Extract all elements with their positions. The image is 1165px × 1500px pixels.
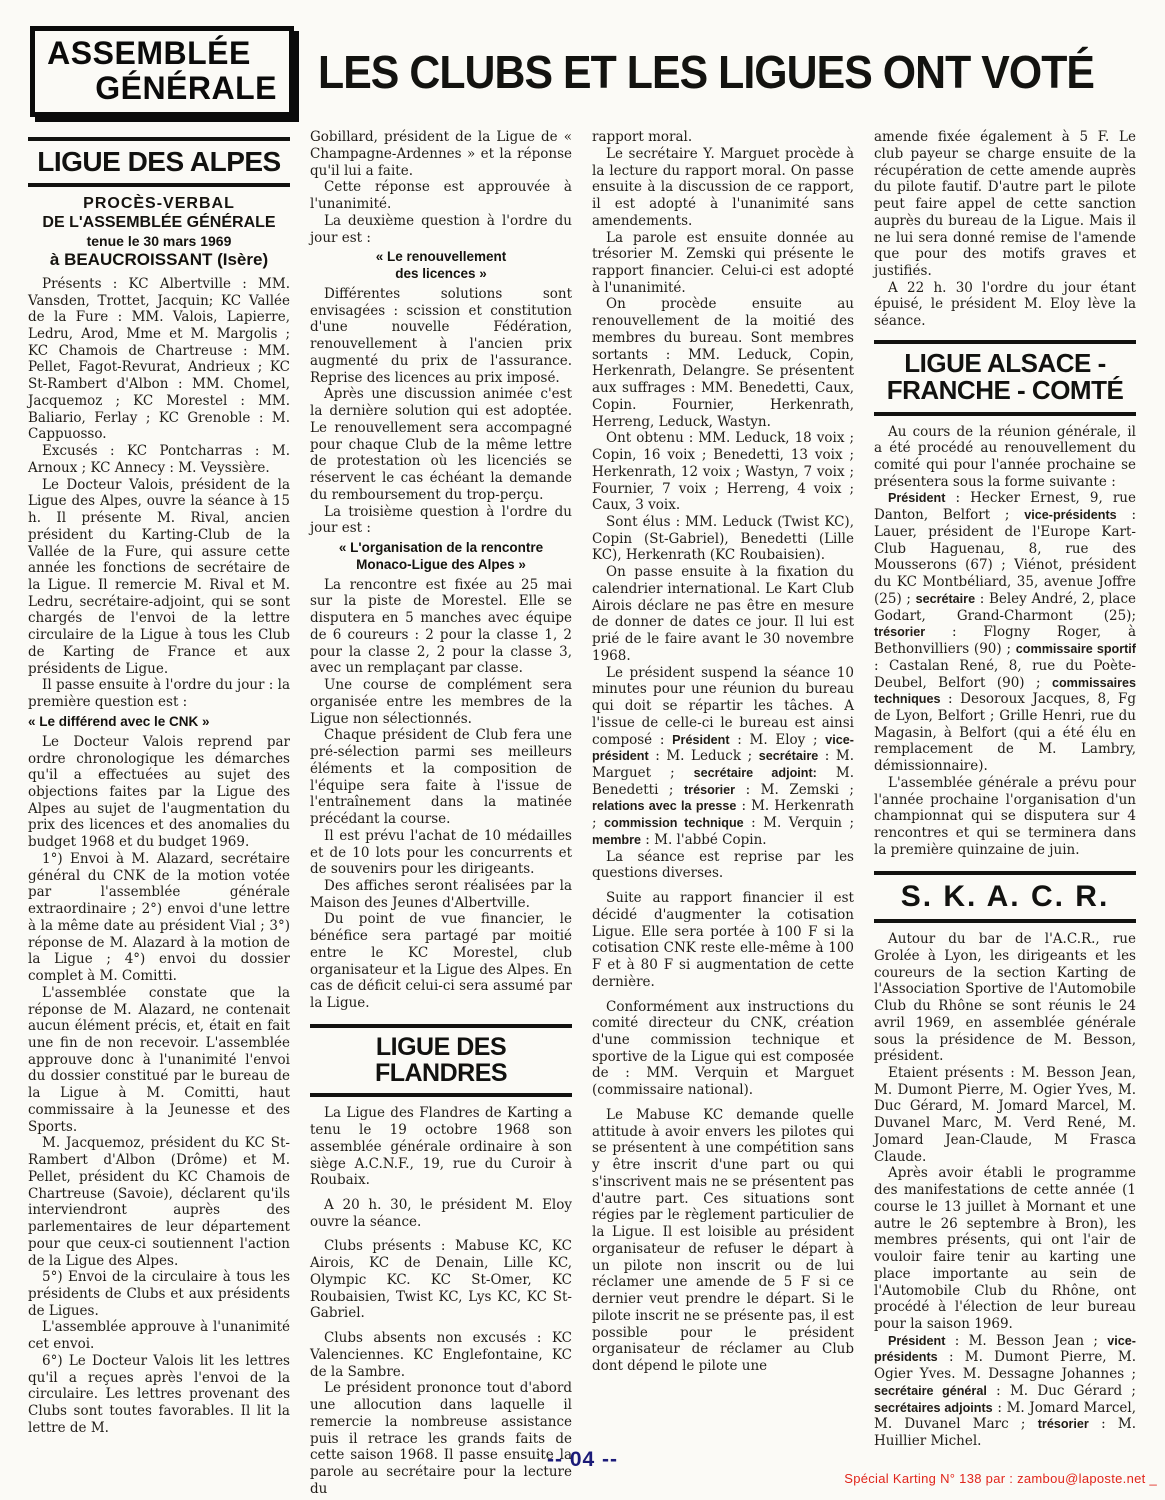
paragraph: A 22 h. 30 l'ordre du jour étant épuisé,…	[874, 280, 1136, 330]
newspaper-page: ASSEMBLÉE GÉNÉRALE LES CLUBS ET LES LIGU…	[0, 0, 1165, 1500]
paragraph: Le Docteur Valois reprend par ordre chro…	[28, 734, 290, 851]
paragraph: Après avoir établi le programme des mani…	[874, 1165, 1136, 1332]
paragraph: Etaient présents : M. Besson Jean, M. Du…	[874, 1065, 1136, 1165]
paragraph: Le secrétaire Y. Marguet procède à la le…	[592, 146, 854, 230]
paragraph: L'assemblée générale a prévu pour l'anné…	[874, 775, 1136, 859]
paragraph: Différentes solutions sont envisagées : …	[310, 286, 572, 386]
paragraph: La deuxième question à l'ordre du jour e…	[310, 213, 572, 246]
paragraph: Présents : KC Albertville : MM. Vansden,…	[28, 276, 290, 443]
paragraph: 6°) Le Docteur Valois lit les lettres qu…	[28, 1353, 290, 1437]
subhead-assemblee-generale: DE L'ASSEMBLÉE GÉNÉRALE	[28, 214, 290, 233]
paragraph: Des affiches seront réalisées par la Mai…	[310, 878, 572, 911]
page-number: -- 04 --	[547, 1448, 618, 1472]
main-headline: LES CLUBS ET LES LIGUES ONT VOTÉ	[318, 45, 1094, 99]
column-4: amende fixée également à 5 F. Le club pa…	[874, 129, 1136, 1450]
paragraph: La troisième question à l'ordre du jour …	[310, 504, 572, 537]
paragraph: On procède ensuite au renouvellement de …	[592, 296, 854, 430]
subhead-proces-verbal: PROCÈS-VERBAL	[28, 195, 290, 214]
paragraph: Il passe ensuite à l'ordre du jour : la …	[28, 677, 290, 710]
paragraph: On passe ensuite à la fixation du calend…	[592, 564, 854, 664]
paragraph: A 20 h. 30, le président M. Eloy ouvre l…	[310, 1197, 572, 1230]
paragraph: Sont élus : MM. Leduck (Twist KC), Copin…	[592, 514, 854, 564]
paragraph: Clubs absents non excusés : KC Valencien…	[310, 1330, 572, 1380]
paragraph: Excusés : KC Pontcharras : M. Arnoux ; K…	[28, 443, 290, 476]
paragraph: 5°) Envoi de la circulaire à tous les pr…	[28, 1269, 290, 1319]
comite-composition-alsace: Président : Hecker Ernest, 9, rue Danton…	[874, 490, 1136, 774]
section-header-ligue-alsace-franche-comte: LIGUE ALSACE - FRANCHE - COMTÉ	[874, 340, 1136, 416]
crosshead-rencontre-monaco: « L'organisation de la rencontre Monaco-…	[310, 540, 572, 574]
paragraph: Gobillard, président de la Ligue de « Ch…	[310, 129, 572, 179]
paragraph: L'assemblée approuve à l'unanimité cet e…	[28, 1319, 290, 1352]
column-2: Gobillard, président de la Ligue de « Ch…	[310, 129, 572, 1497]
badge-line1: ASSEMBLÉE	[43, 36, 281, 71]
crosshead-renouvellement-licences: « Le renouvellement des licences »	[310, 249, 572, 283]
section-header-skacr: S. K. A. C. R.	[874, 871, 1136, 924]
paragraph: Suite au rapport financier il est décidé…	[592, 890, 854, 990]
paragraph: La Ligue des Flandres de Karting a tenu …	[310, 1105, 572, 1189]
crosshead-line: Monaco-Ligue des Alpes »	[310, 557, 572, 574]
paragraph: M. Jacquemoz, président du KC St-Rambert…	[28, 1135, 290, 1269]
bureau-composition-flandres: Le président suspend la séance 10 minute…	[592, 665, 854, 849]
credit-line: Spécial Karting N° 138 par : zambou@lapo…	[844, 1471, 1157, 1486]
paragraph: amende fixée également à 5 F. Le club pa…	[874, 129, 1136, 280]
paragraph: Cette réponse est approuvée à l'unanimit…	[310, 179, 572, 212]
crosshead-line: « Le renouvellement	[310, 249, 572, 266]
paragraph: La séance est reprise par les questions …	[592, 849, 854, 882]
paragraph: Clubs présents : Mabuse KC, KC Airois, K…	[310, 1238, 572, 1322]
paragraph: Le président prononce tout d'abord une a…	[310, 1380, 572, 1497]
bureau-composition-skacr: Président : M. Besson Jean ; vice-présid…	[874, 1333, 1136, 1450]
crosshead-line: des licences »	[310, 266, 572, 283]
column-3: rapport moral. Le secrétaire Y. Marguet …	[592, 129, 854, 1375]
masthead: ASSEMBLÉE GÉNÉRALE LES CLUBS ET LES LIGU…	[0, 0, 1165, 123]
paragraph: Il est prévu l'achat de 10 médailles et …	[310, 828, 572, 878]
section-title-line: FRANCHE - COMTÉ	[874, 377, 1136, 404]
paragraph: Le Mabuse KC demande quelle attitude à a…	[592, 1107, 854, 1375]
column-1: LIGUE DES ALPES PROCÈS-VERBAL DE L'ASSEM…	[28, 129, 290, 1437]
section-header-ligue-des-alpes: LIGUE DES ALPES	[28, 137, 290, 187]
paragraph: Après une discussion animée c'est la der…	[310, 386, 572, 503]
article-columns: LIGUE DES ALPES PROCÈS-VERBAL DE L'ASSEM…	[0, 123, 1165, 1497]
assembly-badge: ASSEMBLÉE GÉNÉRALE	[30, 26, 294, 117]
section-title-line: LIGUE ALSACE -	[874, 350, 1136, 377]
paragraph: Ont obtenu : MM. Leduck, 18 voix ; Copin…	[592, 430, 854, 514]
crosshead-line: « L'organisation de la rencontre	[310, 540, 572, 557]
paragraph: 1°) Envoi à M. Alazard, secrétaire génér…	[28, 851, 290, 985]
crosshead-differend-cnk: « Le différend avec le CNK »	[28, 714, 290, 731]
paragraph: Autour du bar de l'A.C.R., rue Grolée à …	[874, 931, 1136, 1065]
section-header-ligue-des-flandres: LIGUE DES FLANDRES	[310, 1024, 572, 1098]
badge-line2: GÉNÉRALE	[43, 71, 281, 106]
paragraph: La parole est ensuite donnée au trésorie…	[592, 230, 854, 297]
paragraph: Conformément aux instructions du comité …	[592, 999, 854, 1099]
paragraph: Du point de vue financier, le bénéfice s…	[310, 911, 572, 1011]
paragraph: Une course de complément sera organisée …	[310, 677, 572, 727]
paragraph: La rencontre est fixée au 25 mai sur la …	[310, 577, 572, 677]
paragraph: Le Docteur Valois, président de la Ligue…	[28, 477, 290, 678]
paragraph: Chaque président de Club fera une pré-sé…	[310, 727, 572, 827]
paragraph: rapport moral.	[592, 129, 854, 146]
subhead-date: tenue le 30 mars 1969	[28, 233, 290, 250]
paragraph: L'assemblée constate que la réponse de M…	[28, 985, 290, 1136]
subhead-lieu: à BEAUCROISSANT (Isère)	[28, 250, 290, 270]
paragraph: Au cours de la réunion générale, il a ét…	[874, 424, 1136, 491]
